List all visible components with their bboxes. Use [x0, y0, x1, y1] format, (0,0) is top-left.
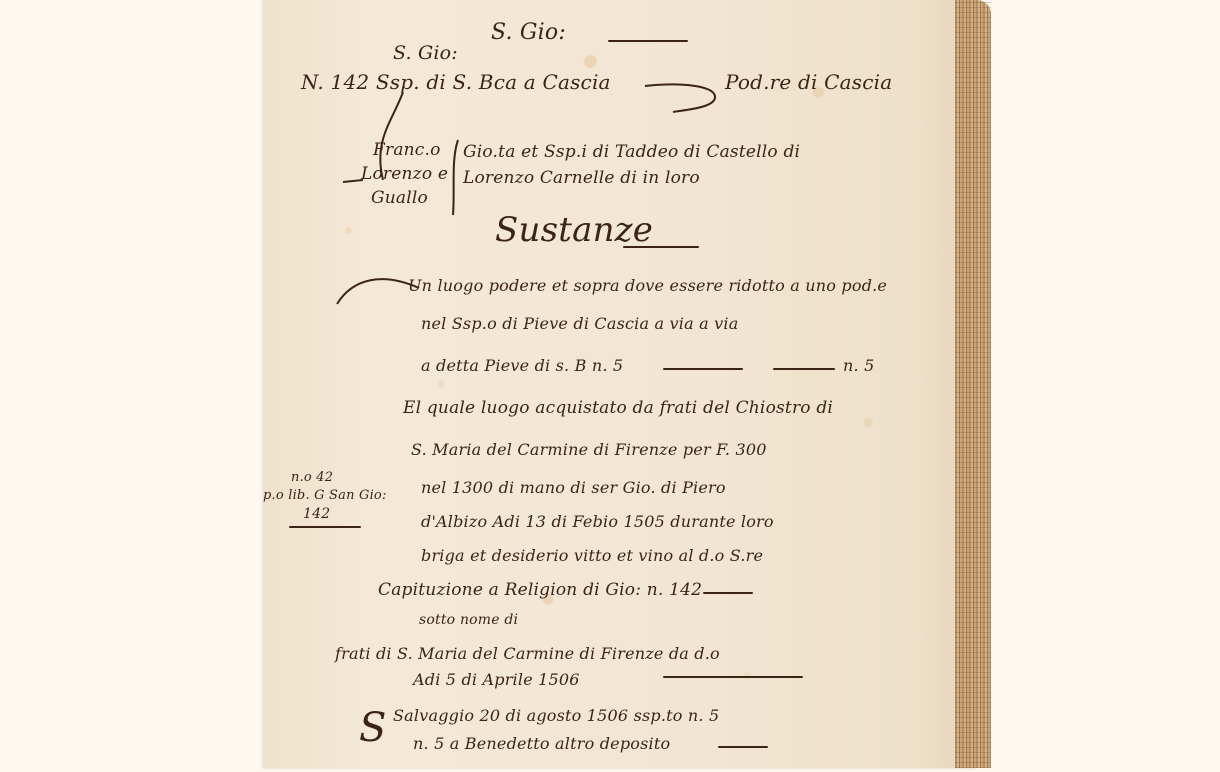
page-stack-edge — [955, 0, 991, 768]
body-line-3-amount: n. 5 — [843, 356, 874, 375]
body-line-3: a detta Pieve di s. B n. 5 — [421, 356, 623, 375]
manuscript-page: S. Gio: S. Gio: N. 142 Ssp. di S. Bca a … — [263, 0, 975, 768]
margin-note-line-1: n.o 42 — [291, 470, 333, 485]
section-heading-sustanze: Sustanze — [495, 210, 653, 250]
owner-bracket — [323, 90, 473, 220]
body-line-11: frati di S. Maria del Carmine di Firenze… — [335, 644, 720, 663]
body-line-7: d'Albizo Adi 13 di Febio 1505 durante lo… — [421, 512, 774, 531]
section-dash — [623, 246, 699, 248]
initial-s: S — [359, 705, 387, 751]
heading-dash — [608, 40, 688, 42]
margin-note-line-2: p.o lib. G San Gio: — [263, 488, 387, 503]
body-line-6: nel 1300 di mano di ser Gio. di Piero — [421, 478, 726, 497]
body-line-9-dash — [703, 592, 753, 594]
body-line-1: Un luogo podere et sopra dove essere rid… — [408, 276, 887, 295]
owner-line-2: Lorenzo Carnelle di in loro — [463, 168, 700, 188]
body-line-4: El quale luogo acquistato da frati del C… — [403, 398, 833, 418]
body-line-5: S. Maria del Carmine di Firenze per F. 3… — [411, 440, 767, 459]
amount-dash-2 — [773, 368, 835, 370]
line-annotation: S. Gio: — [393, 42, 458, 64]
body-line-13: Salvaggio 20 di agosto 1506 ssp.to n. 5 — [393, 706, 719, 725]
owner-line-1: Gio.ta et Ssp.i di Taddeo di Castello di — [463, 142, 800, 162]
body-line-14: n. 5 a Benedetto altro deposito — [413, 734, 670, 753]
amount-dash-1 — [663, 368, 743, 370]
body-line-12-dash — [663, 676, 803, 678]
body-line-8: briga et desiderio vitto et vino al d.o … — [421, 546, 763, 565]
body-line-2: nel Ssp.o di Pieve di Cascia a via a via — [421, 314, 738, 333]
margin-note-underline — [289, 526, 361, 528]
line-podere-label: Pod.re di Cascia — [725, 70, 892, 94]
body-line-9: Capituzione a Religion di Gio: n. 142 — [378, 580, 702, 600]
margin-note-line-3: 142 — [303, 506, 330, 522]
page-heading: S. Gio: — [491, 20, 566, 45]
bracket-flourish — [643, 80, 723, 120]
body-line-14-dash — [718, 746, 768, 748]
body-line-12: Adi 5 di Aprile 1506 — [413, 670, 580, 689]
body-line-10: sotto nome di — [419, 612, 518, 628]
